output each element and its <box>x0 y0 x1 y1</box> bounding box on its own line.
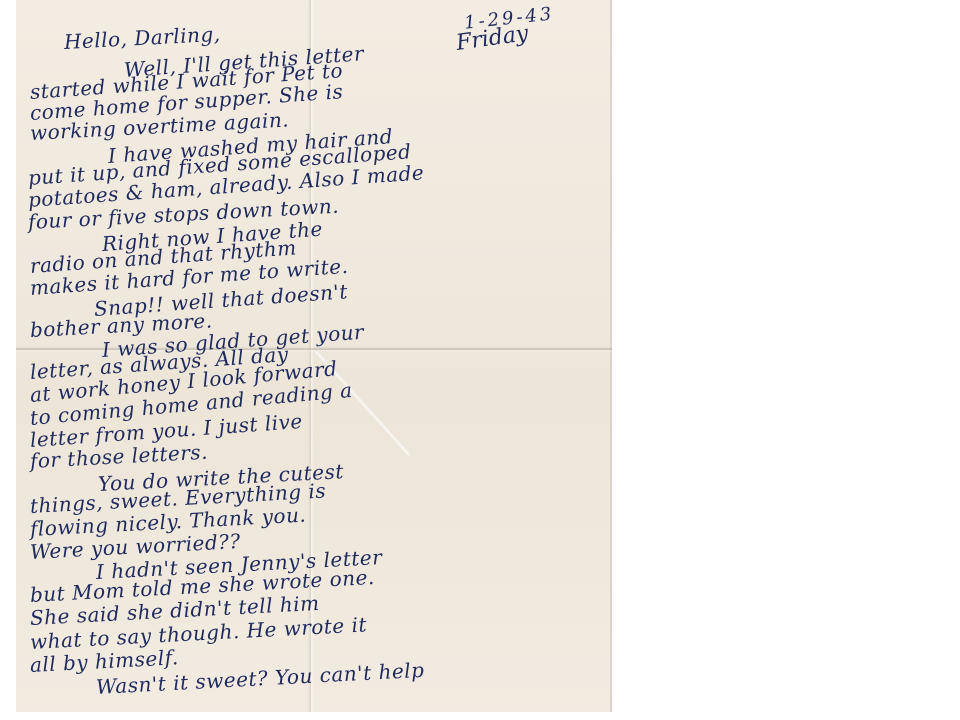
salutation: Hello, Darling, <box>63 22 221 54</box>
letter-page: 1-29-43 Friday Hello, Darling, Well, I'l… <box>16 0 612 712</box>
